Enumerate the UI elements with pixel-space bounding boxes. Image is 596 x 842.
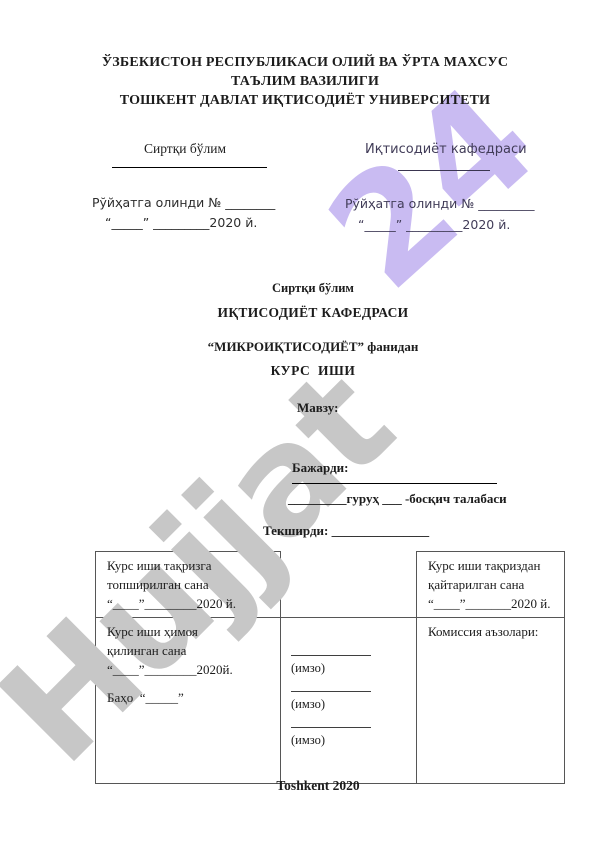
city-year-footer: Toshkent 2020 xyxy=(40,778,596,794)
performed-by-blank-line xyxy=(292,483,497,484)
title-subject: “МИКРОИҚТИСОДИЁТ” фанидан xyxy=(30,339,596,355)
defended-line-2: қилинган сана xyxy=(107,641,274,660)
cell-signatures: (имзо) (имзо) (имзо) xyxy=(281,618,417,784)
document-page: Hujjat 24 ЎЗБЕКИСТОН РЕСПУБЛИКАСИ ОЛИЙ В… xyxy=(0,0,596,842)
table-row: Курс иши ҳимоя қилинган сана “____”_____… xyxy=(96,618,565,784)
signature-slot: (имзо) xyxy=(291,655,410,678)
header-line-3: ТОШКЕНТ ДАВЛАТ ИҚТИСОДИЁТ УНИВЕРСИТЕТИ xyxy=(14,91,596,110)
submitted-line-3: “____”________2020 й. xyxy=(107,594,274,613)
checked-by-line: Текширди: _______________ xyxy=(263,523,429,539)
group-stage-line: _________гуруҳ ___ -босқич талабаси xyxy=(288,491,507,507)
header-line-2: ТАЪЛИМ ВАЗИЛИГИ xyxy=(14,72,596,91)
submitted-line-2: топширилган сана xyxy=(107,575,274,594)
returned-line-3: “____”_______2020 й. xyxy=(428,594,558,613)
left-department-label: Сиртқи бўлим xyxy=(95,141,275,157)
table-row: Курс иши тақризга топширилган сана “____… xyxy=(96,552,565,618)
returned-line-1: Курс иши тақриздан xyxy=(428,556,558,575)
grade-line: Баҳо “_____” xyxy=(107,688,274,707)
signature-label: (имзо) xyxy=(291,659,410,678)
defended-line-1: Курс иши ҳимоя xyxy=(107,622,274,641)
cell-returned-date: Курс иши тақриздан қайтарилган сана “___… xyxy=(417,552,565,618)
header-line-1: ЎЗБЕКИСТОН РЕСПУБЛИКАСИ ОЛИЙ ВА ЎРТА МАХ… xyxy=(14,53,596,72)
left-date-line: “_____” _________2020 й. xyxy=(105,215,257,230)
review-table: Курс иши тақризга топширилган сана “____… xyxy=(95,551,565,784)
signature-blank-line xyxy=(291,691,371,692)
signature-blank-line xyxy=(291,727,371,728)
cell-defended-date: Курс иши ҳимоя қилинган сана “____”_____… xyxy=(96,618,281,784)
signature-label: (имзо) xyxy=(291,695,410,714)
right-date-line: “_____” _________2020 й. xyxy=(358,217,510,232)
ministry-header: ЎЗБЕКИСТОН РЕСПУБЛИКАСИ ОЛИЙ ВА ЎРТА МАХ… xyxy=(14,53,596,110)
left-registered-line: Рўйҳатга олинди № ________ xyxy=(92,195,275,210)
returned-line-2: қайтарилган сана xyxy=(428,575,558,594)
cell-commission: Комиссия аъзолари: xyxy=(417,618,565,784)
title-chair: ИҚТИСОДИЁТ КАФЕДРАСИ xyxy=(30,305,596,321)
right-registered-line: Рўйҳатга олинди № _________ xyxy=(345,196,535,211)
cell-submitted-date: Курс иши тақризга топширилган сана “____… xyxy=(96,552,281,618)
cell-empty xyxy=(281,552,417,618)
right-department-label: Иқтисодиёт кафедраси xyxy=(365,142,527,157)
topic-label: Мавзу: xyxy=(297,400,338,416)
performed-by-label: Бажарди: xyxy=(292,460,348,476)
defended-line-3: “____”________2020й. xyxy=(107,660,274,679)
commission-label: Комиссия аъзолари: xyxy=(428,622,558,641)
signature-slot: (имзо) xyxy=(291,727,410,750)
title-department: Сиртқи бўлим xyxy=(30,281,596,296)
right-department-blank-line xyxy=(398,170,490,171)
signature-blank-line xyxy=(291,655,371,656)
submitted-line-1: Курс иши тақризга xyxy=(107,556,274,575)
signature-label: (имзо) xyxy=(291,731,410,750)
title-work-type: КУРС ИШИ xyxy=(30,363,596,379)
signature-slot: (имзо) xyxy=(291,691,410,714)
left-department-blank-line xyxy=(112,167,267,168)
